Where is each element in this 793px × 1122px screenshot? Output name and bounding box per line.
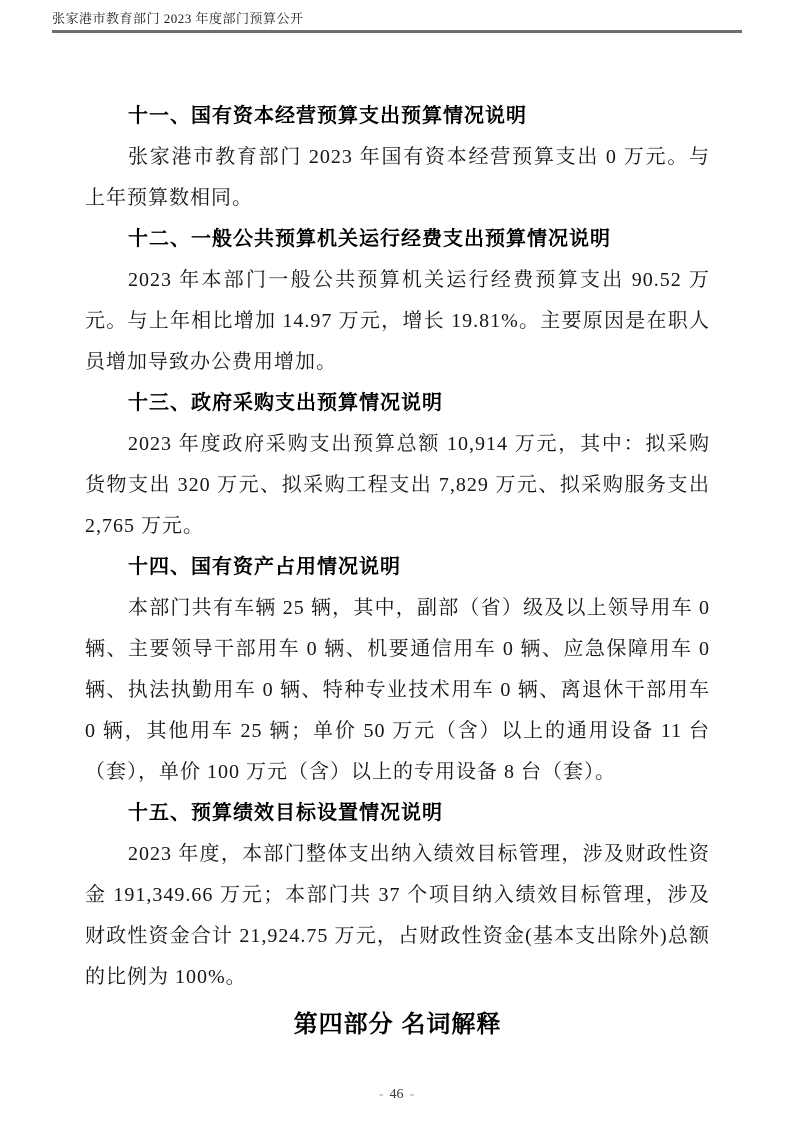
document-page: 张家港市教育部门 2023 年度部门预算公开 十一、国有资本经营预算支出预算情况… (0, 0, 793, 1122)
section-heading-13: 十三、政府采购支出预算情况说明 (85, 383, 710, 424)
header-rule (52, 30, 742, 33)
section-paragraph-12: 2023 年本部门一般公共预算机关运行经费预算支出 90.52 万元。与上年相比… (85, 260, 710, 383)
section-heading-15: 十五、预算绩效目标设置情况说明 (85, 793, 710, 834)
part-four-heading: 第四部分 名词解释 (85, 1004, 710, 1045)
page-number: 46 (384, 1087, 410, 1102)
section-paragraph-11: 张家港市教育部门 2023 年国有资本经营预算支出 0 万元。与上年预算数相同。 (85, 137, 710, 219)
section-paragraph-14: 本部门共有车辆 25 辆，其中，副部（省）级及以上领导用车 0 辆、主要领导干部… (85, 588, 710, 793)
section-paragraph-15: 2023 年度，本部门整体支出纳入绩效目标管理，涉及财政性资金 191,349.… (85, 834, 710, 998)
section-heading-12: 十二、一般公共预算机关运行经费支出预算情况说明 (85, 219, 710, 260)
footer-dash-left: - (379, 1087, 384, 1102)
section-heading-14: 十四、国有资产占用情况说明 (85, 547, 710, 588)
page-header: 张家港市教育部门 2023 年度部门预算公开 (52, 11, 742, 33)
section-paragraph-13: 2023 年度政府采购支出预算总额 10,914 万元，其中：拟采购货物支出 3… (85, 424, 710, 547)
header-title: 张家港市教育部门 2023 年度部门预算公开 (52, 11, 742, 27)
page-footer: -46- (0, 1086, 793, 1104)
document-body: 十一、国有资本经营预算支出预算情况说明 张家港市教育部门 2023 年国有资本经… (85, 96, 710, 1045)
footer-dash-right: - (410, 1087, 415, 1102)
section-heading-11: 十一、国有资本经营预算支出预算情况说明 (85, 96, 710, 137)
